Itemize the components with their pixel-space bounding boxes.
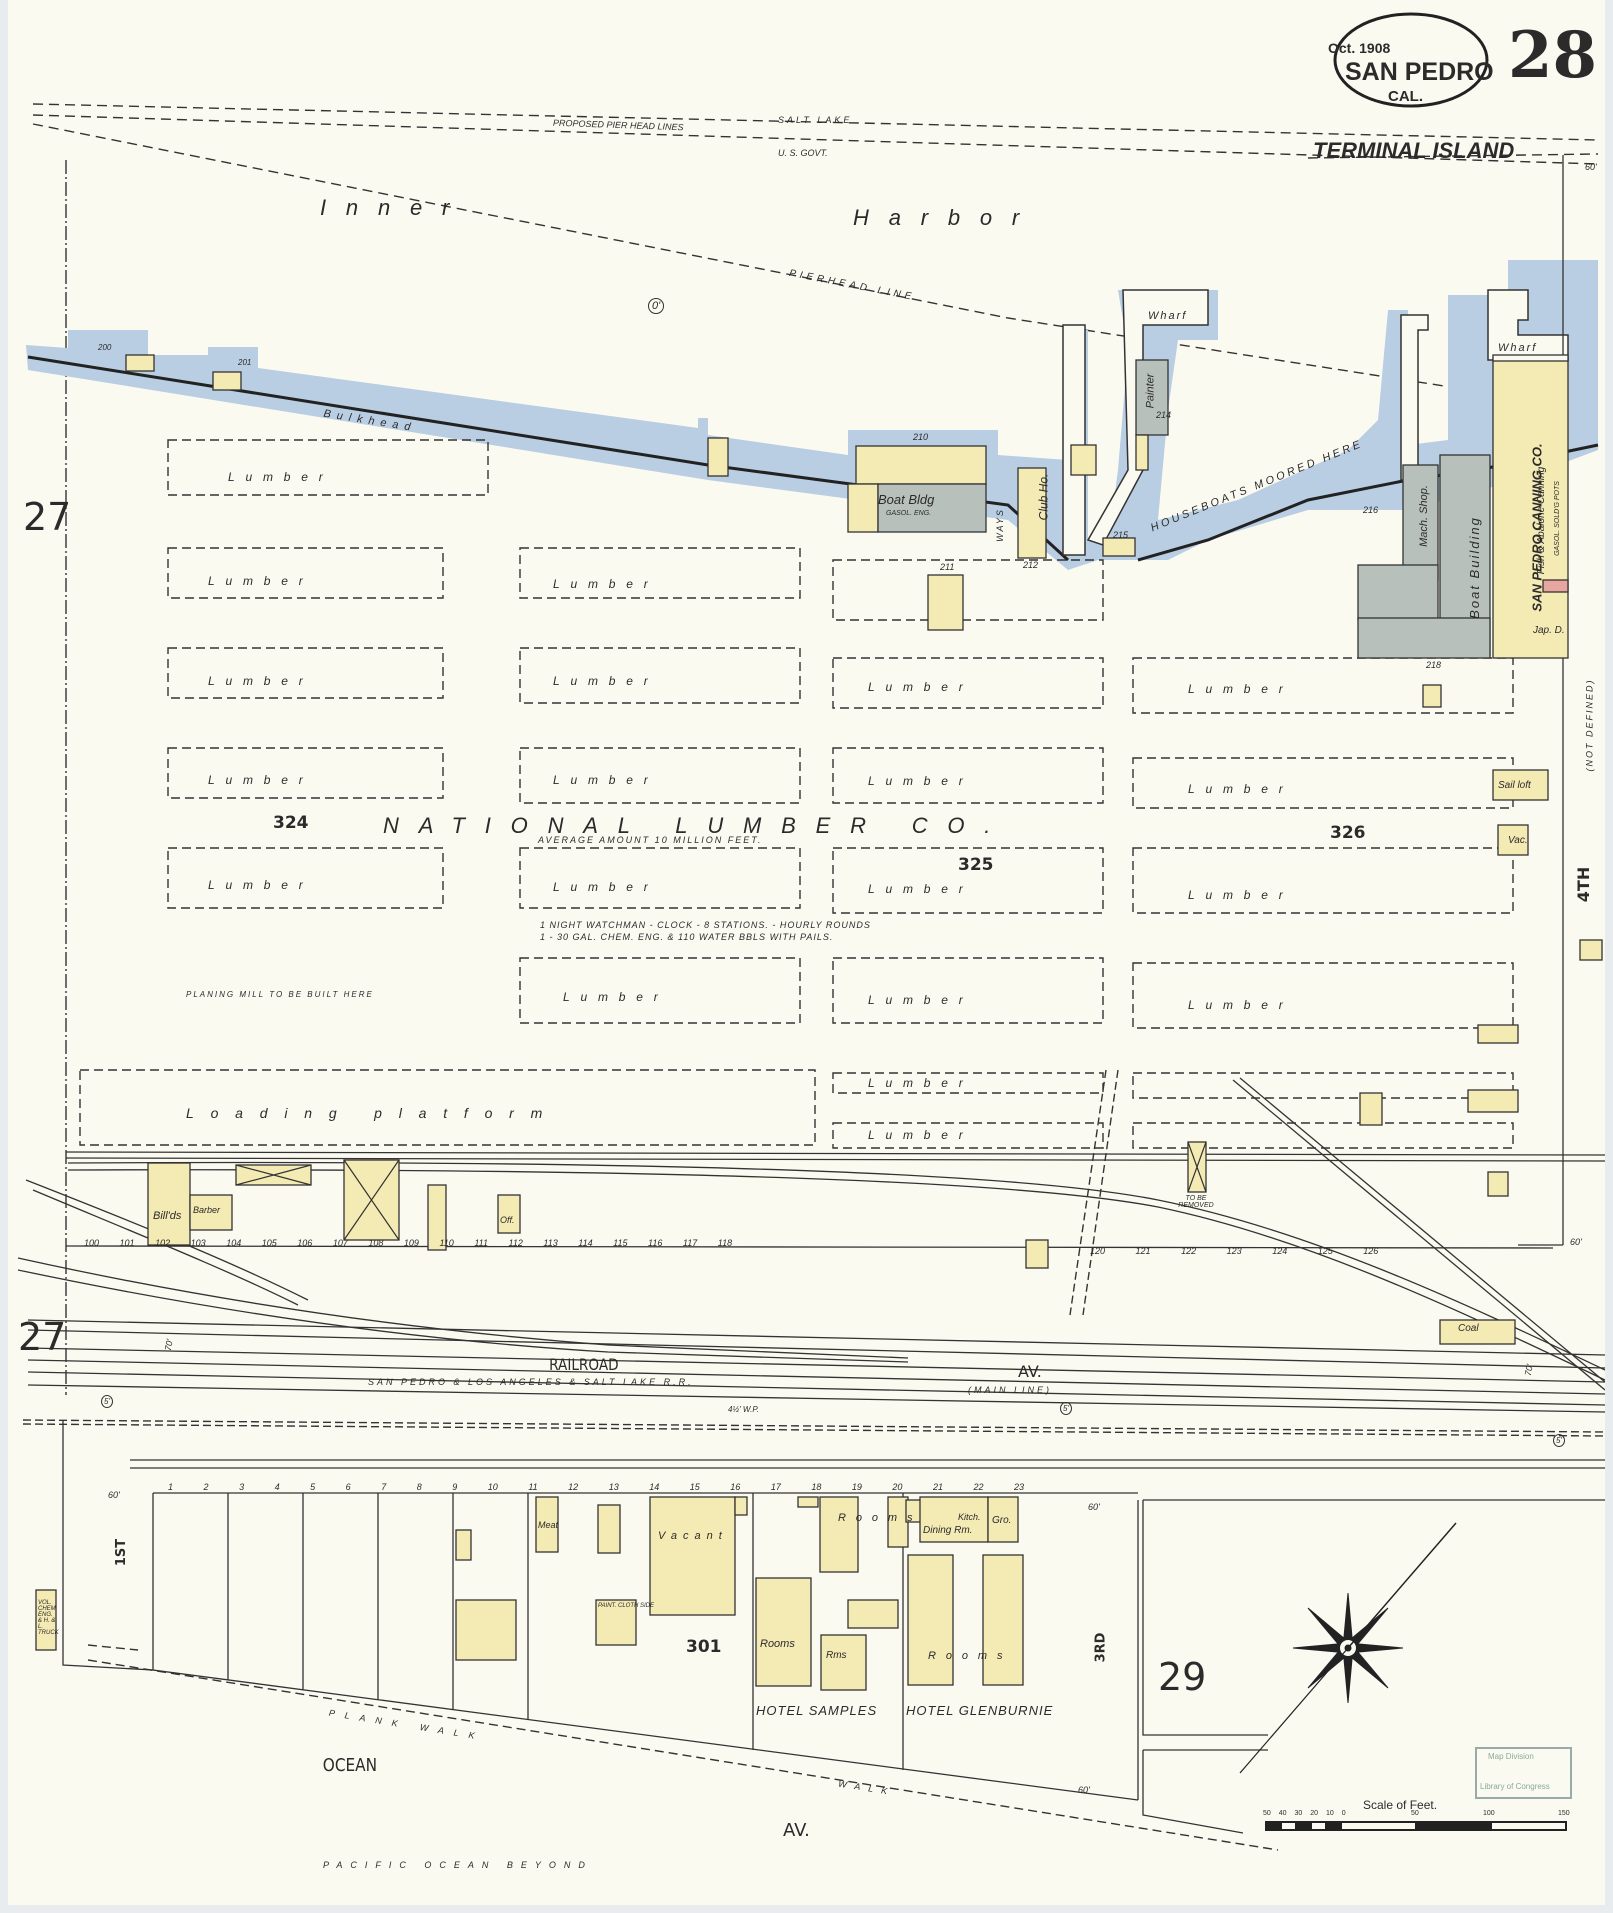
- rooms-label-glenburnie: Rooms: [928, 1650, 1012, 1662]
- sail-loft-label: Sail loft: [1498, 780, 1531, 791]
- street-width-60-east: 60': [1570, 1237, 1582, 1247]
- salt-lake-label: SALT LAKE: [778, 115, 852, 125]
- fourth-street-label: 4TH: [1574, 867, 1593, 902]
- not-defined-label: (NOT DEFINED): [1585, 679, 1595, 772]
- ways-label: WAYS: [995, 508, 1005, 542]
- lumber-pile: Lumber: [553, 674, 659, 688]
- mach-shop-label: Mach. Shop.: [1418, 485, 1430, 547]
- lot-numbers-north-a: 100 101 102 103 104 105 106 107 108 109 …: [84, 1238, 732, 1248]
- canning-note-2: GASOL. SOLD'G POTS: [1554, 481, 1561, 556]
- boat-bldg-label: Boat Bldg: [878, 492, 934, 507]
- lot-210: 210: [913, 432, 928, 442]
- stamp-line-1: Map Division: [1488, 1752, 1534, 1761]
- lumber-pile: Lumber: [1188, 682, 1294, 696]
- hydrant-marker: 5': [1553, 1434, 1565, 1447]
- lumber-average-note: AVERAGE AMOUNT 10 MILLION FEET.: [538, 835, 762, 845]
- lot-numbers-south: 1 2 3 4 5 6 7 8 9 10 11 12 13 14 15 16 1…: [168, 1482, 1024, 1492]
- lumber-pile: Lumber: [553, 880, 659, 894]
- street-width-70-west: 70': [163, 1338, 175, 1351]
- hotel-glenburnie-label: HOTEL GLENBURNIE: [906, 1703, 1053, 1718]
- rms-label: Rms: [826, 1650, 847, 1661]
- lumber-pile: Lumber: [208, 773, 314, 787]
- lumber-pile: Lumber: [228, 470, 334, 484]
- coal-label: Coal: [1458, 1323, 1479, 1334]
- block-301: 301: [686, 1637, 722, 1657]
- scale-tick-150: 150: [1558, 1810, 1570, 1817]
- hydrant-marker: 5': [101, 1395, 113, 1408]
- lumber-pile: Lumber: [868, 993, 974, 1007]
- lumber-pile: Lumber: [208, 674, 314, 688]
- lot-218: 218: [1426, 660, 1441, 670]
- lot-211: 211: [940, 562, 954, 572]
- street-width-60-top: 60': [1585, 162, 1597, 172]
- kitchen-label: Kitch.: [958, 1512, 981, 1522]
- map-sheet: Oct. 1908 SAN PEDRO CAL. 28 TERMINAL ISL…: [8, 0, 1605, 1905]
- lumber-pile: Lumber: [208, 574, 314, 588]
- stamp-line-2: Library of Congress: [1480, 1782, 1550, 1791]
- vac-label: Vac.: [1508, 835, 1528, 846]
- canning-note: Fish & Abalone Canning: [1536, 467, 1547, 574]
- painter-label: Painter: [1144, 374, 1156, 409]
- railroad-av-label: RAILROAD: [549, 1355, 618, 1374]
- lot-201: 201: [238, 358, 251, 367]
- jap-label: Jap. D.: [1533, 625, 1565, 636]
- block-326: 326: [1330, 823, 1366, 843]
- street-width-60-west: 60': [108, 1490, 120, 1500]
- rooms-label-upper: Rooms: [838, 1512, 922, 1524]
- watchman-note: 1 NIGHT WATCHMAN - CLOCK - 8 STATIONS. -…: [540, 920, 871, 930]
- adjoining-sheet-27-bottom: 27: [18, 1315, 66, 1359]
- grocery-label: Gro.: [992, 1515, 1011, 1526]
- block-324: 324: [273, 813, 309, 833]
- wharf-label-2: Wharf: [1498, 342, 1537, 354]
- cartouche-city: SAN PEDRO: [1345, 58, 1494, 87]
- street-width-60-3rd: 60': [1088, 1502, 1100, 1512]
- lumber-pile: Lumber: [553, 773, 659, 787]
- inner-label: Inner: [320, 195, 469, 221]
- water-pipe-label: 4½' W.P.: [728, 1405, 759, 1414]
- office-label: Off.: [500, 1215, 515, 1225]
- cartouche-state: CAL.: [1388, 88, 1423, 105]
- lumber-pile: Lumber: [1188, 782, 1294, 796]
- pacific-ocean-label: PACIFIC OCEAN BEYOND: [323, 1860, 593, 1870]
- street-width-70-east: 70': [1523, 1363, 1535, 1376]
- cartouche-date: Oct. 1908: [1328, 40, 1390, 56]
- adjoining-sheet-27-top: 27: [23, 495, 71, 539]
- block-325: 325: [958, 855, 994, 875]
- lumber-pile: Lumber: [563, 990, 669, 1004]
- third-street-label: 3RD: [1093, 1633, 1108, 1663]
- railroad-av-suffix: AV.: [1018, 1362, 1042, 1381]
- lot-numbers-north-b: 120 121 122 123 124 125 126: [1090, 1246, 1378, 1256]
- us-govt-label: U. S. GOVT.: [778, 148, 828, 158]
- hydrant-marker: 5': [1060, 1402, 1072, 1415]
- scale-ticks-fine: 50 40 30 20 10 0: [1263, 1810, 1346, 1817]
- to-be-removed-note: TO BE REMOVED: [1176, 1195, 1216, 1209]
- planing-mill-note: PLANING MILL TO BE BUILT HERE: [186, 990, 374, 999]
- wharf-label-1: Wharf: [1148, 310, 1187, 322]
- paint-cloth-note: PAINT. CLOTH SIDE: [598, 1603, 654, 1609]
- scale-title: Scale of Feet.: [1363, 1798, 1437, 1812]
- main-line-label: (MAIN LINE): [968, 1385, 1052, 1395]
- hotel-samples-label: HOTEL SAMPLES: [756, 1703, 877, 1718]
- ocean-av-label: OCEAN: [323, 1755, 377, 1776]
- lot-200: 200: [98, 343, 111, 352]
- ocean-av-suffix: AV.: [783, 1820, 810, 1841]
- rooms-label-hotel-samples: Rooms: [760, 1638, 795, 1650]
- billiards-label: Bill'ds: [153, 1210, 181, 1222]
- lumber-pile: Lumber: [868, 774, 974, 788]
- meat-label: Meat: [538, 1520, 558, 1530]
- boat-building-label: Boat Building: [1467, 516, 1482, 619]
- map-linework: [8, 0, 1605, 1905]
- sheet-number: 28: [1508, 18, 1597, 93]
- lumber-pile: Lumber: [1188, 888, 1294, 902]
- vacant-label: Vacant: [658, 1530, 728, 1542]
- harbor-water: [26, 260, 1598, 570]
- lot-212: 212: [1023, 560, 1038, 570]
- harbor-label: Harbor: [853, 205, 1039, 231]
- club-ho-label: Club Ho.: [1036, 474, 1050, 521]
- first-street-label: 1ST: [114, 1539, 129, 1566]
- lumber-pile: Lumber: [868, 1128, 974, 1142]
- lumber-pile: Lumber: [1188, 998, 1294, 1012]
- lumber-pile: Lumber: [868, 1076, 974, 1090]
- scale-tick-50: 50: [1411, 1810, 1419, 1817]
- lumber-pile: Lumber: [868, 680, 974, 694]
- lot-214: 214: [1156, 410, 1171, 420]
- terminal-island-label: TERMINAL ISLAND: [1313, 138, 1514, 164]
- lumber-pile: Lumber: [208, 878, 314, 892]
- dining-room-label: Dining Rm.: [923, 1525, 972, 1536]
- boat-bldg-note: GASOL. ENG.: [886, 510, 931, 517]
- lot-215: 215: [1113, 530, 1128, 540]
- chem-engine-note: 1 - 30 GAL. CHEM. ENG. & 110 WATER BBLS …: [540, 932, 833, 942]
- scale-tick-100: 100: [1483, 1810, 1495, 1817]
- street-width-60-ocean: 60': [1078, 1785, 1090, 1795]
- railroad-company-label: SAN PEDRO & LOS ANGELES & SALT LAKE R.R.: [368, 1377, 694, 1387]
- lumber-pile: Lumber: [868, 882, 974, 896]
- adjoining-sheet-29: 29: [1158, 1655, 1206, 1699]
- lot-216: 216: [1363, 505, 1378, 515]
- loading-platform-label: Loading platform: [186, 1105, 559, 1121]
- barber-label: Barber: [193, 1205, 220, 1215]
- vol-chem-engine-note: VOL. CHEM. ENG. & H. & L. TRUCK: [38, 1600, 58, 1636]
- lumber-pile: Lumber: [553, 577, 659, 591]
